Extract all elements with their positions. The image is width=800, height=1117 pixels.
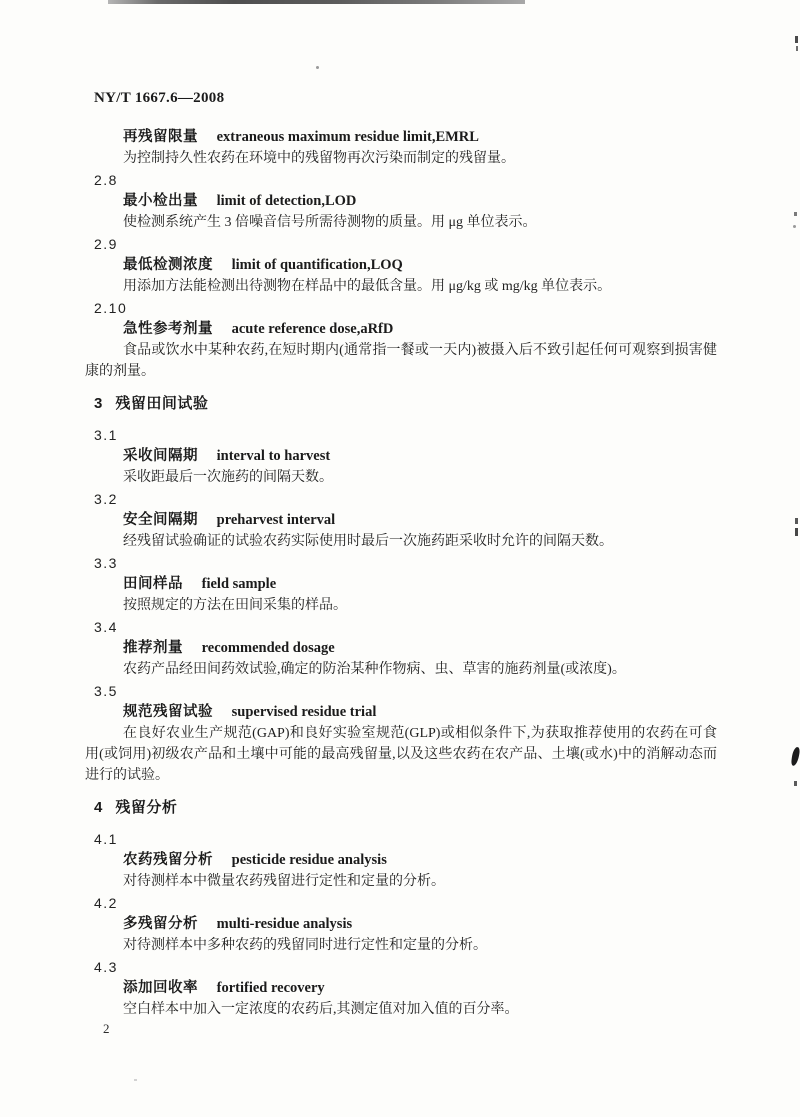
- scan-artifact-edge-mark: [794, 781, 797, 786]
- standard-number-header: NY/T 1667.6—2008: [94, 88, 717, 108]
- entry-term-line: 多残留分析 multi-residue analysis: [123, 914, 717, 935]
- scan-artifact-edge-mark: [794, 212, 797, 216]
- entry-definition: 为控制持久性农药在环境中的残留物再次污染而制定的残留量。: [85, 148, 717, 169]
- entry-term-line: 添加回收率 fortified recovery: [123, 978, 717, 999]
- term-entry: 4.2 多残留分析 multi-residue analysis 对待测样本中多…: [85, 893, 717, 956]
- entry-term-line: 急性参考剂量 acute reference dose,aRfD: [123, 319, 717, 340]
- term-entry: 2.9 最低检测浓度 limit of quantification,LOQ 用…: [85, 234, 717, 297]
- chapter-number: 3: [94, 395, 102, 412]
- entry-term-line: 再残留限量 extraneous maximum residue limit,E…: [123, 127, 717, 148]
- entry-number: 3.3: [94, 553, 717, 574]
- scan-artifact-top-band: [108, 0, 525, 4]
- entry-number: 2.8: [94, 170, 717, 191]
- term-entry: 3.3 田间样品 field sample 按照规定的方法在田间采集的样品。: [85, 553, 717, 616]
- chapter-title: 残留分析: [115, 799, 177, 816]
- page-number: 2: [103, 1021, 110, 1037]
- term-english: limit of quantification,LOQ: [232, 257, 403, 273]
- entry-definition: 食品或饮水中某种农药,在短时期内(通常指一餐或一天内)被摄入后不致引起任何可观察…: [85, 340, 717, 382]
- entry-term-line: 最低检测浓度 limit of quantification,LOQ: [123, 255, 717, 276]
- entry-definition: 用添加方法能检测出待测物在样品中的最低含量。用 μg/kg 或 mg/kg 单位…: [85, 276, 717, 297]
- page-content: NY/T 1667.6—2008 再残留限量 extraneous maximu…: [85, 88, 717, 1021]
- scanned-document-page: NY/T 1667.6—2008 再残留限量 extraneous maximu…: [0, 0, 800, 1117]
- term-chinese: 采收间隔期: [123, 448, 198, 464]
- chapter-number: 4: [94, 799, 102, 816]
- term-chinese: 多残留分析: [123, 916, 198, 932]
- entry-definition: 经残留试验确证的试验农药实际使用时最后一次施药距采收时允许的间隔天数。: [85, 531, 717, 552]
- entry-number: 2.10: [94, 298, 717, 319]
- entry-number: 2.9: [94, 234, 717, 255]
- entry-term-line: 田间样品 field sample: [123, 574, 717, 595]
- chapter-heading: 3残留田间试验: [94, 393, 717, 415]
- term-chinese: 推荐剂量: [123, 640, 183, 656]
- entry-definition: 使检测系统产生 3 倍噪音信号所需待测物的质量。用 μg 单位表示。: [85, 212, 717, 233]
- term-entry: 3.5 规范残留试验 supervised residue trial 在良好农…: [85, 681, 717, 786]
- entry-term-line: 推荐剂量 recommended dosage: [123, 638, 717, 659]
- entry-term-line: 采收间隔期 interval to harvest: [123, 446, 717, 467]
- scan-artifact-edge-mark: [793, 225, 796, 228]
- entry-term-line: 安全间隔期 preharvest interval: [123, 510, 717, 531]
- entry-term-line: 农药残留分析 pesticide residue analysis: [123, 850, 717, 871]
- term-english: field sample: [202, 576, 277, 592]
- term-english: limit of detection,LOD: [217, 193, 357, 209]
- term-chinese: 急性参考剂量: [123, 321, 213, 337]
- term-entry: 4.3 添加回收率 fortified recovery 空白样本中加入一定浓度…: [85, 957, 717, 1020]
- term-english: preharvest interval: [217, 512, 336, 528]
- term-entry: 2.10 急性参考剂量 acute reference dose,aRfD 食品…: [85, 298, 717, 382]
- chapter-heading: 4残留分析: [94, 797, 717, 819]
- term-chinese: 最小检出量: [123, 193, 198, 209]
- term-english: recommended dosage: [202, 640, 335, 656]
- scan-artifact-dot: [316, 66, 319, 69]
- term-english: fortified recovery: [217, 980, 325, 996]
- term-entry: 3.1 采收间隔期 interval to harvest 采收距最后一次施药的…: [85, 425, 717, 488]
- scan-artifact-edge-mark: [795, 528, 798, 536]
- term-chinese: 再残留限量: [123, 129, 198, 145]
- scan-artifact-edge-mark: [795, 36, 798, 43]
- term-english: pesticide residue analysis: [232, 852, 387, 868]
- term-chinese: 农药残留分析: [123, 852, 213, 868]
- term-entry: 4.1 农药残留分析 pesticide residue analysis 对待…: [85, 829, 717, 892]
- entry-number: 4.3: [94, 957, 717, 978]
- term-chinese: 田间样品: [123, 576, 183, 592]
- term-entry: 再残留限量 extraneous maximum residue limit,E…: [85, 127, 717, 169]
- term-chinese: 安全间隔期: [123, 512, 198, 528]
- term-entry: 2.8 最小检出量 limit of detection,LOD 使检测系统产生…: [85, 170, 717, 233]
- term-english: acute reference dose,aRfD: [232, 321, 394, 337]
- term-entry: 3.2 安全间隔期 preharvest interval 经残留试验确证的试验…: [85, 489, 717, 552]
- scan-artifact-dot: [134, 1079, 137, 1081]
- term-english: extraneous maximum residue limit,EMRL: [217, 129, 479, 145]
- term-english: multi-residue analysis: [217, 916, 352, 932]
- scan-artifact-edge-mark: [791, 747, 800, 767]
- entry-definition: 采收距最后一次施药的间隔天数。: [85, 467, 717, 488]
- entry-definition: 在良好农业生产规范(GAP)和良好实验室规范(GLP)或相似条件下,为获取推荐使…: [85, 723, 717, 786]
- entry-definition: 对待测样本中微量农药残留进行定性和定量的分析。: [85, 871, 717, 892]
- term-chinese: 添加回收率: [123, 980, 198, 996]
- entry-number: 4.1: [94, 829, 717, 850]
- entry-number: 3.1: [94, 425, 717, 446]
- term-chinese: 最低检测浓度: [123, 257, 213, 273]
- chapter-title: 残留田间试验: [115, 395, 208, 412]
- term-english: interval to harvest: [217, 448, 331, 464]
- entry-term-line: 最小检出量 limit of detection,LOD: [123, 191, 717, 212]
- entry-number: 3.5: [94, 681, 717, 702]
- entry-definition: 对待测样本中多种农药的残留同时进行定性和定量的分析。: [85, 935, 717, 956]
- scan-artifact-edge-mark: [796, 46, 798, 51]
- entry-term-line: 规范残留试验 supervised residue trial: [123, 702, 717, 723]
- term-chinese: 规范残留试验: [123, 704, 213, 720]
- scan-artifact-edge-mark: [795, 518, 798, 524]
- entry-number: 3.2: [94, 489, 717, 510]
- term-entry: 3.4 推荐剂量 recommended dosage 农药产品经田间药效试验,…: [85, 617, 717, 680]
- entry-definition: 按照规定的方法在田间采集的样品。: [85, 595, 717, 616]
- entry-number: 3.4: [94, 617, 717, 638]
- entry-number: 4.2: [94, 893, 717, 914]
- entry-definition: 空白样本中加入一定浓度的农药后,其测定值对加入值的百分率。: [85, 999, 717, 1020]
- entry-definition: 农药产品经田间药效试验,确定的防治某种作物病、虫、草害的施药剂量(或浓度)。: [85, 659, 717, 680]
- term-english: supervised residue trial: [232, 704, 377, 720]
